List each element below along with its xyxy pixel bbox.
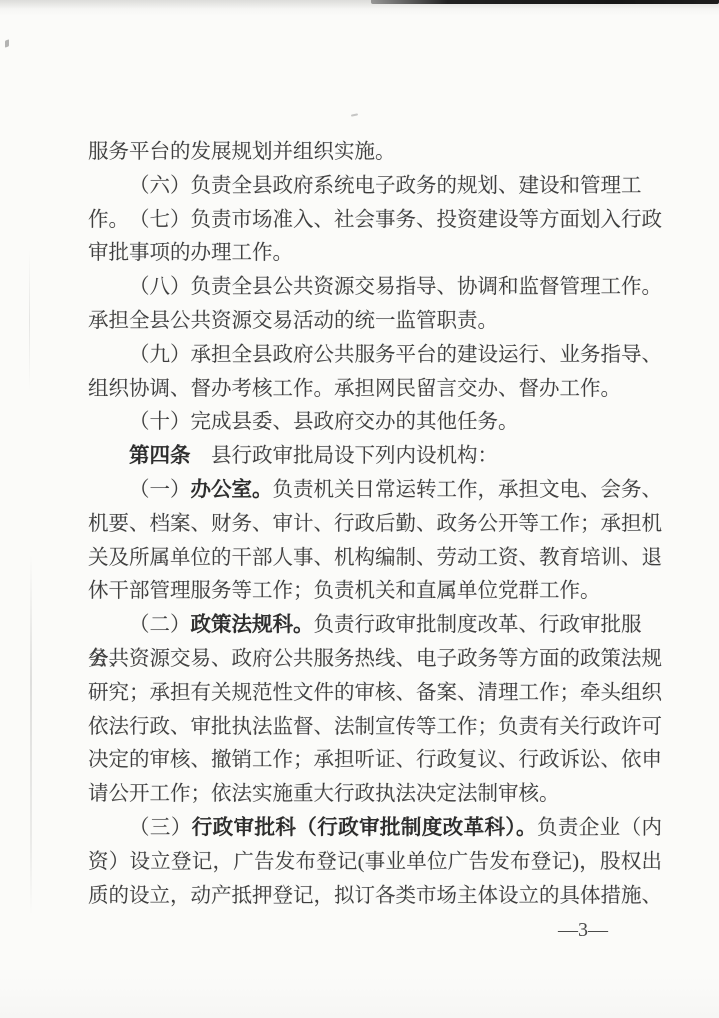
- text-run: 负责机关日常运转工作，承担文电、会务、: [273, 479, 663, 501]
- text-run: 组织协调、督办考核工作。承担网民留言交办、督办工作。: [88, 378, 621, 400]
- text-run: 县行政审批局设下列内设机构：: [191, 445, 499, 467]
- text-line: 资）设立登记，广告发布登记(事业单位广告发布登记)，股权出: [88, 846, 662, 880]
- bold-text-run: 第四条: [129, 445, 191, 467]
- bold-text-run: 办公室。: [191, 479, 273, 501]
- text-line: 服务平台的发展规划并组织实施。: [88, 136, 662, 170]
- text-line: （九）承担全县政府公共服务平台的建设运行、业务指导、: [88, 339, 662, 373]
- text-line: 第四条 县行政审批局设下列内设机构：: [88, 440, 662, 474]
- text-line: 决定的审核、撤销工作；承担听证、行政复议、行政诉讼、依申: [88, 744, 662, 778]
- text-line: （二）政策法规科。负责行政审批制度改革、行政审批服务、: [88, 609, 662, 643]
- text-run: （七）负责市场准入、社会事务、投资建设等方面划入行政: [129, 209, 662, 231]
- text-line: 组织协调、督办考核工作。承担网民留言交办、督办工作。: [88, 373, 662, 407]
- text-run: 休干部管理服务等工作；负责机关和直属单位党群工作。: [88, 580, 601, 602]
- text-line: （七）负责市场准入、社会事务、投资建设等方面划入行政: [88, 204, 662, 238]
- text-run: 决定的审核、撤销工作；承担听证、行政复议、行政诉讼、依申: [88, 749, 662, 771]
- text-line: 质的设立，动产抵押登记，拟订各类市场主体设立的具体措施、: [88, 880, 662, 914]
- text-run: 请公开工作；依法实施重大行政执法决定法制审核。: [88, 783, 560, 805]
- text-run: 资）设立登记，广告发布登记(事业单位广告发布登记)，股权出: [88, 851, 662, 873]
- text-run: 承担全县公共资源交易活动的统一监管职责。: [88, 310, 498, 332]
- text-line: （一）办公室。负责机关日常运转工作，承担文电、会务、: [88, 474, 662, 508]
- bold-text-run: 行政审批科（行政审批制度改革科）。: [192, 817, 537, 839]
- scan-edge-streak: [371, 0, 719, 4]
- text-run: 质的设立，动产抵押登记，拟订各类市场主体设立的具体措施、: [88, 885, 662, 907]
- text-run: 审批事项的办理工作。: [88, 242, 293, 264]
- text-run: （三）: [129, 817, 192, 839]
- text-run: （一）: [129, 479, 191, 501]
- text-line: （十）完成县委、县政府交办的其他任务。: [88, 406, 662, 440]
- text-run: 服务平台的发展规划并组织实施。: [88, 141, 396, 163]
- text-line: 关及所属单位的干部人事、机构编制、劳动工资、教育培训、退: [88, 542, 662, 576]
- text-line: （六）负责全县政府系统电子政务的规划、建设和管理工作。: [88, 170, 662, 204]
- text-run: 负责企业（内: [537, 817, 662, 839]
- text-line: （三）行政审批科（行政审批制度改革科）。负责企业（内: [88, 812, 662, 846]
- text-line: 承担全县公共资源交易活动的统一监管职责。: [88, 305, 662, 339]
- document-body: 服务平台的发展规划并组织实施。（六）负责全县政府系统电子政务的规划、建设和管理工…: [88, 136, 662, 913]
- text-line: 研究；承担有关规范性文件的审核、备案、清理工作；牵头组织: [88, 677, 662, 711]
- text-run: 关及所属单位的干部人事、机构编制、劳动工资、教育培训、退: [88, 547, 662, 569]
- bold-text-run: 政策法规科。: [191, 614, 314, 636]
- text-run: 机要、档案、财务、审计、行政后勤、政务公开等工作；承担机: [88, 513, 662, 535]
- text-run: （二）: [129, 614, 191, 636]
- scan-left-smudge: [29, 250, 30, 390]
- text-run: 依法行政、审批执法监督、法制宣传等工作；负责有关行政许可: [88, 716, 662, 738]
- text-run: （十）完成县委、县政府交办的其他任务。: [129, 411, 519, 433]
- text-line: （八）负责全县公共资源交易指导、协调和监督管理工作。: [88, 271, 662, 305]
- text-run: 研究；承担有关规范性文件的审核、备案、清理工作；牵头组织: [88, 682, 662, 704]
- text-line: 机要、档案、财务、审计、行政后勤、政务公开等工作；承担机: [88, 508, 662, 542]
- scan-left-smudge: [30, 555, 32, 915]
- text-line: 休干部管理服务等工作；负责机关和直属单位党群工作。: [88, 575, 662, 609]
- text-line: 请公开工作；依法实施重大行政执法决定法制审核。: [88, 778, 662, 812]
- text-run: （八）负责全县公共资源交易指导、协调和监督管理工作。: [129, 276, 662, 298]
- text-line: 公共资源交易、政府公共服务热线、电子政务等方面的政策法规: [88, 643, 662, 677]
- text-line: 审批事项的办理工作。: [88, 237, 662, 271]
- text-line: 依法行政、审批执法监督、法制宣传等工作；负责有关行政许可: [88, 711, 662, 745]
- page-number: —3—: [558, 916, 608, 944]
- text-run: 公共资源交易、政府公共服务热线、电子政务等方面的政策法规: [88, 648, 662, 670]
- text-run: （九）承担全县政府公共服务平台的建设运行、业务指导、: [129, 344, 662, 366]
